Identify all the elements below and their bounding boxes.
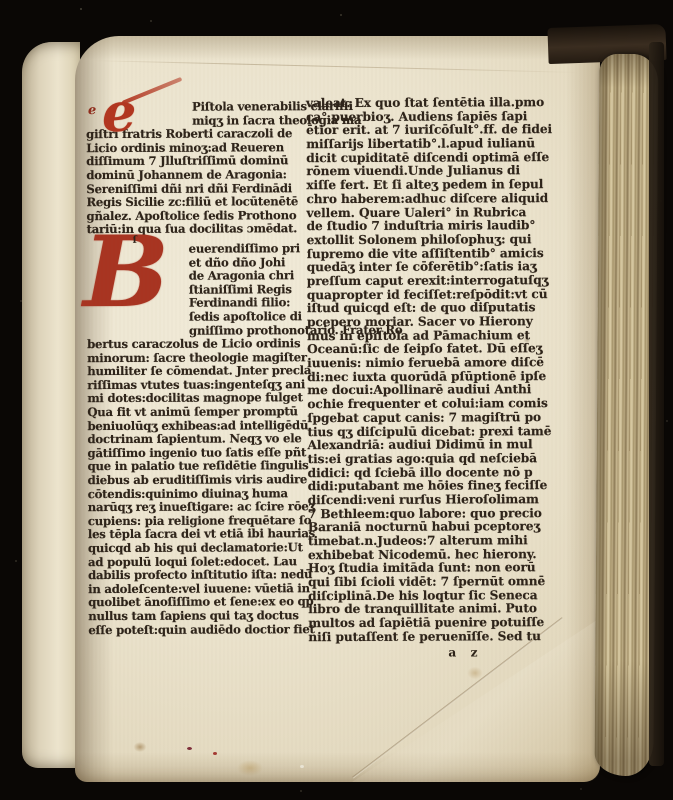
- book-page: e E Piſtola venerabilis clariſſimiqʒ in …: [75, 36, 600, 782]
- text-block: e E Piſtola venerabilis clariſſimiqʒ in …: [86, 99, 602, 101]
- initial-letter: E: [102, 87, 136, 137]
- quire-signature: a z: [448, 645, 570, 660]
- binding-edge-right: [649, 42, 664, 766]
- rubricated-initial-E: e E: [86, 101, 192, 128]
- dust-specks: [80, 8, 82, 10]
- initial-letter: B: [83, 227, 169, 319]
- paper-crease: [91, 60, 579, 73]
- text-line: chro haberem:adhuc diſcere aliquid: [306, 192, 568, 207]
- facing-page-edge: [22, 42, 80, 768]
- text-line: niſi putaſſent ſe peruenīſſe. Sed tu: [308, 630, 570, 645]
- gutter-fleck: [300, 765, 304, 768]
- right-column-text: valeat. Ex quo ſtat ſentētia illa.pmoca°…: [306, 96, 570, 645]
- guide-mark: ſ: [133, 235, 137, 246]
- rubricated-initial-B: B ſ: [87, 243, 189, 325]
- left-column: e E Piſtola venerabilis clariſſimiqʒ in …: [86, 100, 310, 637]
- text-line: eſſe poteſt:quin audiēdo doctior fiet: [88, 623, 310, 638]
- gutter-fleck: [213, 752, 217, 755]
- guide-letter: e: [88, 103, 96, 118]
- right-column: valeat. Ex quo ſtat ſentētia illa.pmoca°…: [306, 96, 570, 660]
- photo-of-open-book: e E Piſtola venerabilis clariſſimiqʒ in …: [0, 0, 673, 800]
- gutter-fleck: [187, 747, 192, 750]
